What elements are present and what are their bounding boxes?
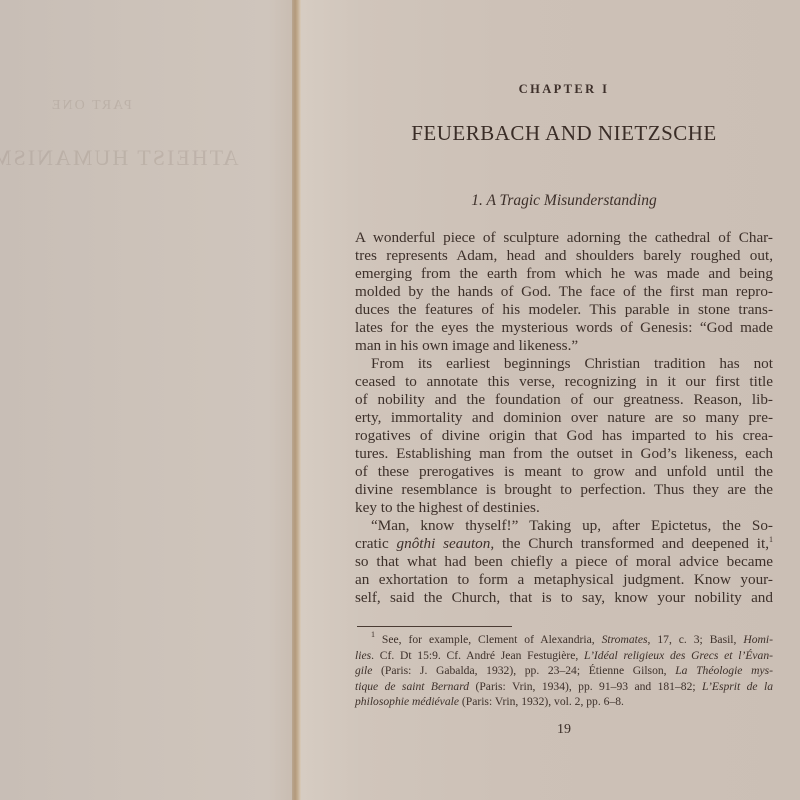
section-title: 1. A Tragic Misunderstanding — [355, 192, 773, 210]
footnote-title: Stromates — [602, 633, 648, 646]
body-line: tures. Establishing man from the outset … — [355, 445, 773, 463]
body-line: From its earliest beginnings Christian t… — [355, 355, 773, 373]
footnote: 1 See, for example, Clement of Alexandri… — [355, 632, 773, 710]
footnote-text: (Paris: J. Gabalda, 1932), pp. 23–24; Ét… — [372, 664, 675, 677]
footnote-line: philosophie médiévale (Paris: Vrin, 1932… — [355, 694, 773, 710]
body-text-segment: cratic — [355, 535, 397, 552]
book-gutter — [292, 0, 301, 800]
footnote-text: , 17, c. 3; Basil, — [648, 633, 744, 646]
body-text-segment: , the Church transformed and deepened it… — [490, 535, 769, 552]
footnote-line: lies. Cf. Dt 15:9. Cf. André Jean Festug… — [355, 648, 773, 664]
footnote-divider — [357, 626, 512, 627]
body-line: key to the highest of destinies. — [355, 499, 773, 517]
footnote-title: L’Esprit de la — [702, 680, 773, 693]
show-through-part-label: PART ONE — [50, 98, 132, 114]
book-spread: PART ONE ATHEIST HUMANISM CHAPTER I FEUE… — [0, 0, 800, 800]
show-through-title: ATHEIST HUMANISM — [0, 145, 239, 171]
chapter-label: CHAPTER I — [355, 82, 773, 97]
body-text: A wonderful piece of sculpture adorning … — [355, 229, 773, 607]
body-line: ceased to annotate this verse, recognizi… — [355, 373, 773, 391]
body-line: of nobility and the foundation of our gr… — [355, 391, 773, 409]
footnote-title: Homi- — [743, 633, 773, 646]
greek-phrase: gnôthi seauton — [397, 535, 491, 552]
body-line: A wonderful piece of sculpture adorning … — [355, 229, 773, 247]
footnote-text: . Cf. Dt 15:9. Cf. André Jean Festugière… — [371, 649, 584, 662]
footnote-title: L’Idéal religieux des Grecs et l’Évan- — [584, 649, 773, 662]
footnote-text: (Paris: Vrin, 1934), pp. 91–93 and 181–8… — [469, 680, 702, 693]
footnote-line: tique de saint Bernard (Paris: Vrin, 193… — [355, 679, 773, 695]
chapter-title: FEUERBACH AND NIETZSCHE — [355, 121, 773, 146]
footnote-reference[interactable]: 1 — [769, 535, 773, 544]
body-line: lates for the eyes the mysterious words … — [355, 319, 773, 337]
body-line-with-footnote-ref: cratic gnôthi seauton, the Church transf… — [355, 535, 773, 553]
body-line: tres represents Adam, head and shoulders… — [355, 247, 773, 265]
page-number: 19 — [355, 722, 773, 738]
footnote-title: lies — [355, 649, 371, 662]
footnote-title: tique de saint Bernard — [355, 680, 469, 693]
body-line: man in his own image and likeness.” — [355, 337, 773, 355]
body-line: “Man, know thyself!” Taking up, after Ep… — [355, 517, 773, 535]
body-line: self, said the Church, that is to say, k… — [355, 589, 773, 607]
body-line: emerging from the earth from which he wa… — [355, 265, 773, 283]
footnote-text: See, for example, Clement of Alexandria, — [375, 633, 602, 646]
body-line: of these prerogatives is meant to grow a… — [355, 463, 773, 481]
left-page: PART ONE ATHEIST HUMANISM — [0, 0, 292, 800]
body-line: divine resemblance is brought to perfect… — [355, 481, 773, 499]
footnote-title: gile — [355, 664, 372, 677]
footnote-title: La Théologie mys- — [675, 664, 773, 677]
footnote-line: gile (Paris: J. Gabalda, 1932), pp. 23–2… — [355, 663, 773, 679]
body-line: an exhortation to form a metaphysical ju… — [355, 571, 773, 589]
body-line: erty, immortality and dominion over natu… — [355, 409, 773, 427]
footnote-line: 1 See, for example, Clement of Alexandri… — [355, 632, 773, 648]
footnote-text: (Paris: Vrin, 1932), vol. 2, pp. 6–8. — [459, 695, 624, 708]
body-line: duces the features of his modeler. This … — [355, 301, 773, 319]
body-line: so that what had been chiefly a piece of… — [355, 553, 773, 571]
right-page: CHAPTER I FEUERBACH AND NIETZSCHE 1. A T… — [301, 0, 800, 800]
body-line: molded by the hands of God. The face of … — [355, 283, 773, 301]
footnote-title: philosophie médiévale — [355, 695, 459, 708]
body-line: rogatives of divine origin that God has … — [355, 427, 773, 445]
